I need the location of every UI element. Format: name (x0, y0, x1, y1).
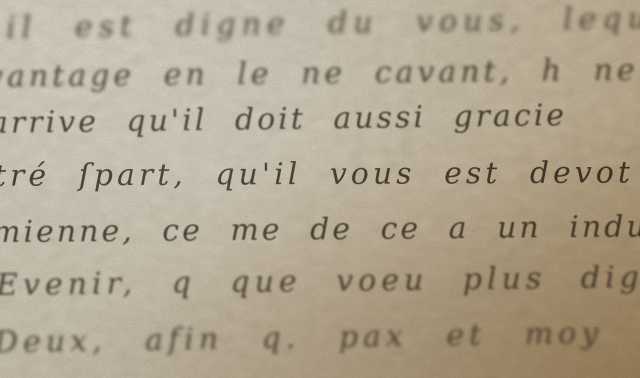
manuscript-line-2: vantage en le ne cavant, h ne v (0, 52, 640, 94)
manuscript-photo: il est digne du vous, lequ vantage en le… (0, 0, 640, 378)
manuscript-line-6: Evenir, q que voeu plus dig (0, 260, 640, 303)
manuscript-line-5: mienne, ce me de ce a un indubit (0, 209, 640, 250)
manuscript-line-1: il est digne du vous, lequ (6, 1, 640, 46)
manuscript-line-4: tré ſpart, qu'il vous est devot (0, 155, 634, 193)
manuscript-line-7: Deux, afin q. pax et moy et (0, 315, 640, 361)
manuscript-line-3: arrive qu'il doit aussi gracie (0, 98, 567, 141)
